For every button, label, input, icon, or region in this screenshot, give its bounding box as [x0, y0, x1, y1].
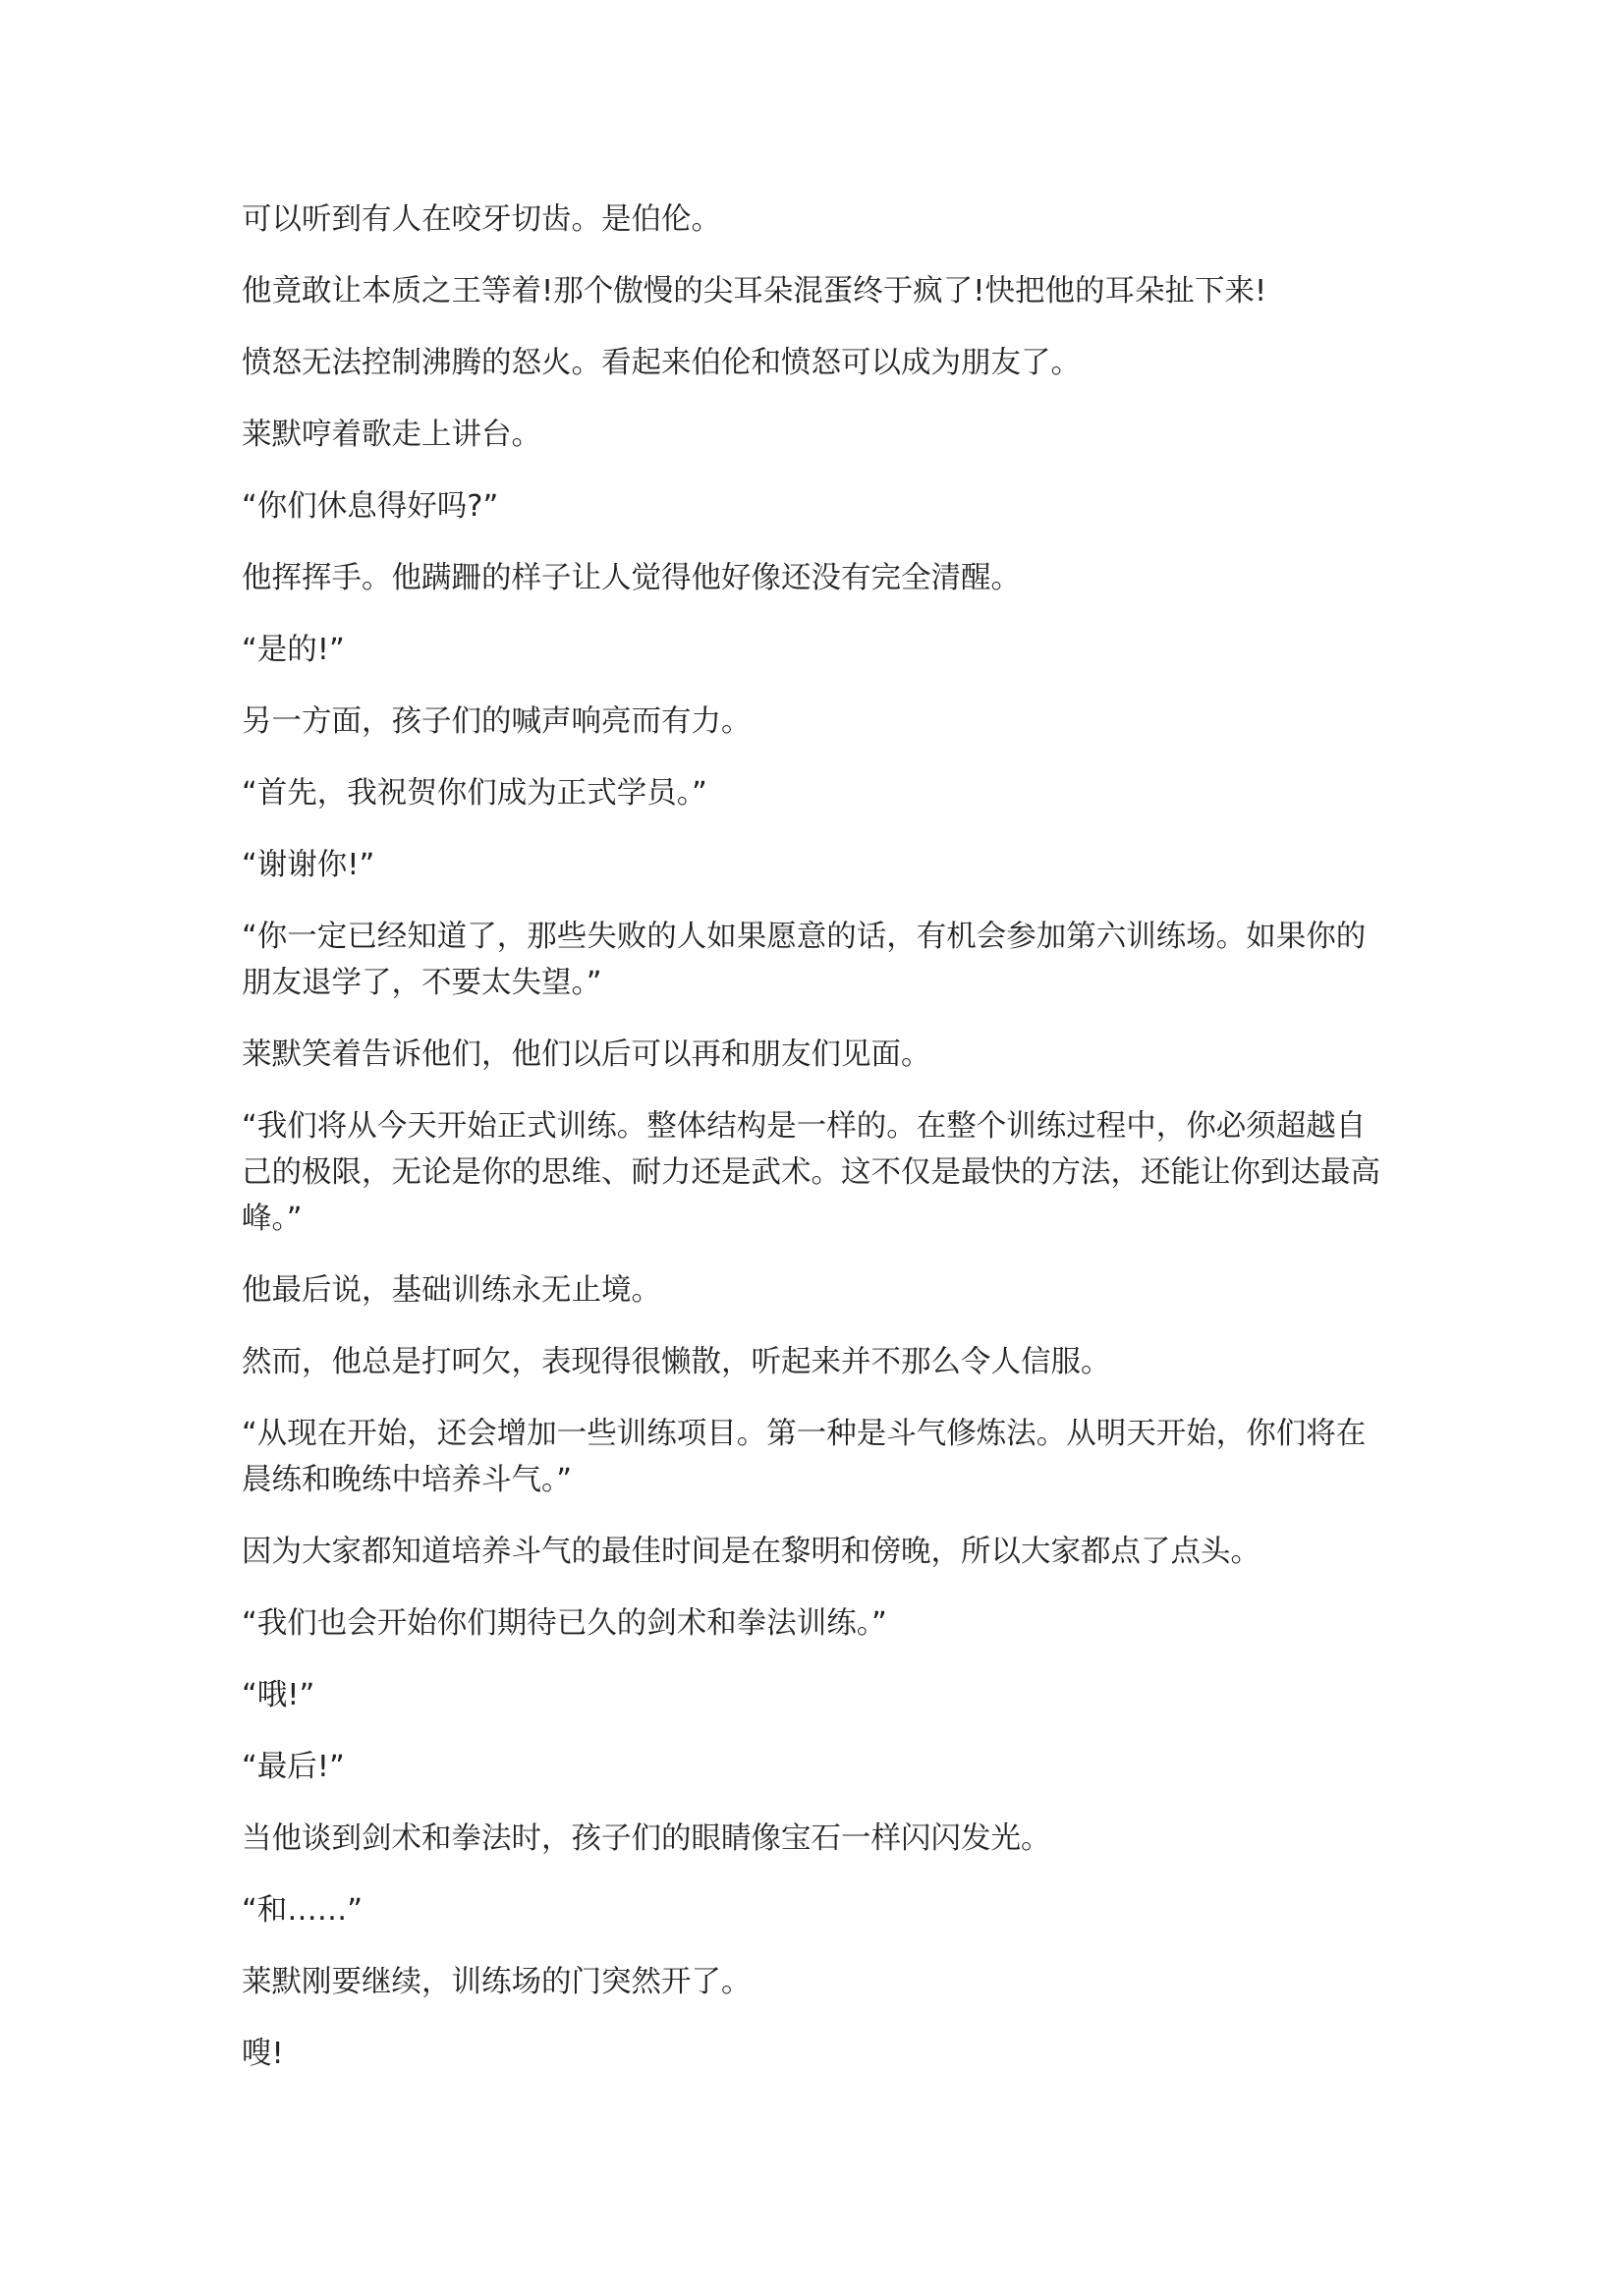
paragraph-02: 他竟敢让本质之王等着!那个傲慢的尖耳朵混蛋终于疯了!快把他的耳朵扯下来!	[242, 268, 1386, 314]
paragraph-03: 愤怒无法控制沸腾的怒火。看起来伯伦和愤怒可以成为朋友了。	[242, 340, 1386, 386]
paragraph-09: “首先，我祝贺你们成为正式学员。”	[242, 770, 1386, 816]
paragraph-06: 他挥挥手。他蹒跚的样子让人觉得他好像还没有完全清醒。	[242, 555, 1386, 601]
paragraph-15: 然而，他总是打呵欠，表现得很懒散，听起来并不那么令人信服。	[242, 1339, 1386, 1385]
paragraph-14: 他最后说，基础训练永无止境。	[242, 1267, 1386, 1314]
paragraph-01: 可以听到有人在咬牙切齿。是伯伦。	[242, 196, 1386, 243]
paragraph-16: “从现在开始，还会增加一些训练项目。第一种是斗气修炼法。从明天开始，你们将在晨练…	[242, 1411, 1386, 1503]
paragraph-19: “哦!”	[242, 1672, 1386, 1718]
paragraph-05: “你们休息得好吗?”	[242, 483, 1386, 530]
document-page: 可以听到有人在咬牙切齿。是伯伦。 他竟敢让本质之王等着!那个傲慢的尖耳朵混蛋终于…	[0, 0, 1624, 2296]
paragraph-24: 嗖!	[242, 2031, 1386, 2077]
paragraph-08: 另一方面，孩子们的喊声响亮而有力。	[242, 699, 1386, 745]
paragraph-07: “是的!”	[242, 627, 1386, 673]
paragraph-12: 莱默笑着告诉他们，他们以后可以再和朋友们见面。	[242, 1032, 1386, 1078]
paragraph-17: 因为大家都知道培养斗气的最佳时间是在黎明和傍晚，所以大家都点了点头。	[242, 1529, 1386, 1575]
paragraph-18: “我们也会开始你们期待已久的剑术和拳法训练。”	[242, 1600, 1386, 1647]
paragraph-11: “你一定已经知道了，那些失败的人如果愿意的话，有机会参加第六训练场。如果你的朋友…	[242, 914, 1386, 1006]
paragraph-23: 莱默刚要继续，训练场的门突然开了。	[242, 1959, 1386, 2005]
paragraph-13: “我们将从今天开始正式训练。整体结构是一样的。在整个训练过程中，你必须超越自己的…	[242, 1103, 1386, 1242]
paragraph-20: “最后!”	[242, 1744, 1386, 1790]
paragraph-22: “和……”	[242, 1887, 1386, 1933]
paragraph-10: “谢谢你!”	[242, 842, 1386, 888]
paragraph-21: 当他谈到剑术和拳法时，孩子们的眼睛像宝石一样闪闪发光。	[242, 1816, 1386, 1862]
paragraph-04: 莱默哼着歌走上讲台。	[242, 412, 1386, 458]
